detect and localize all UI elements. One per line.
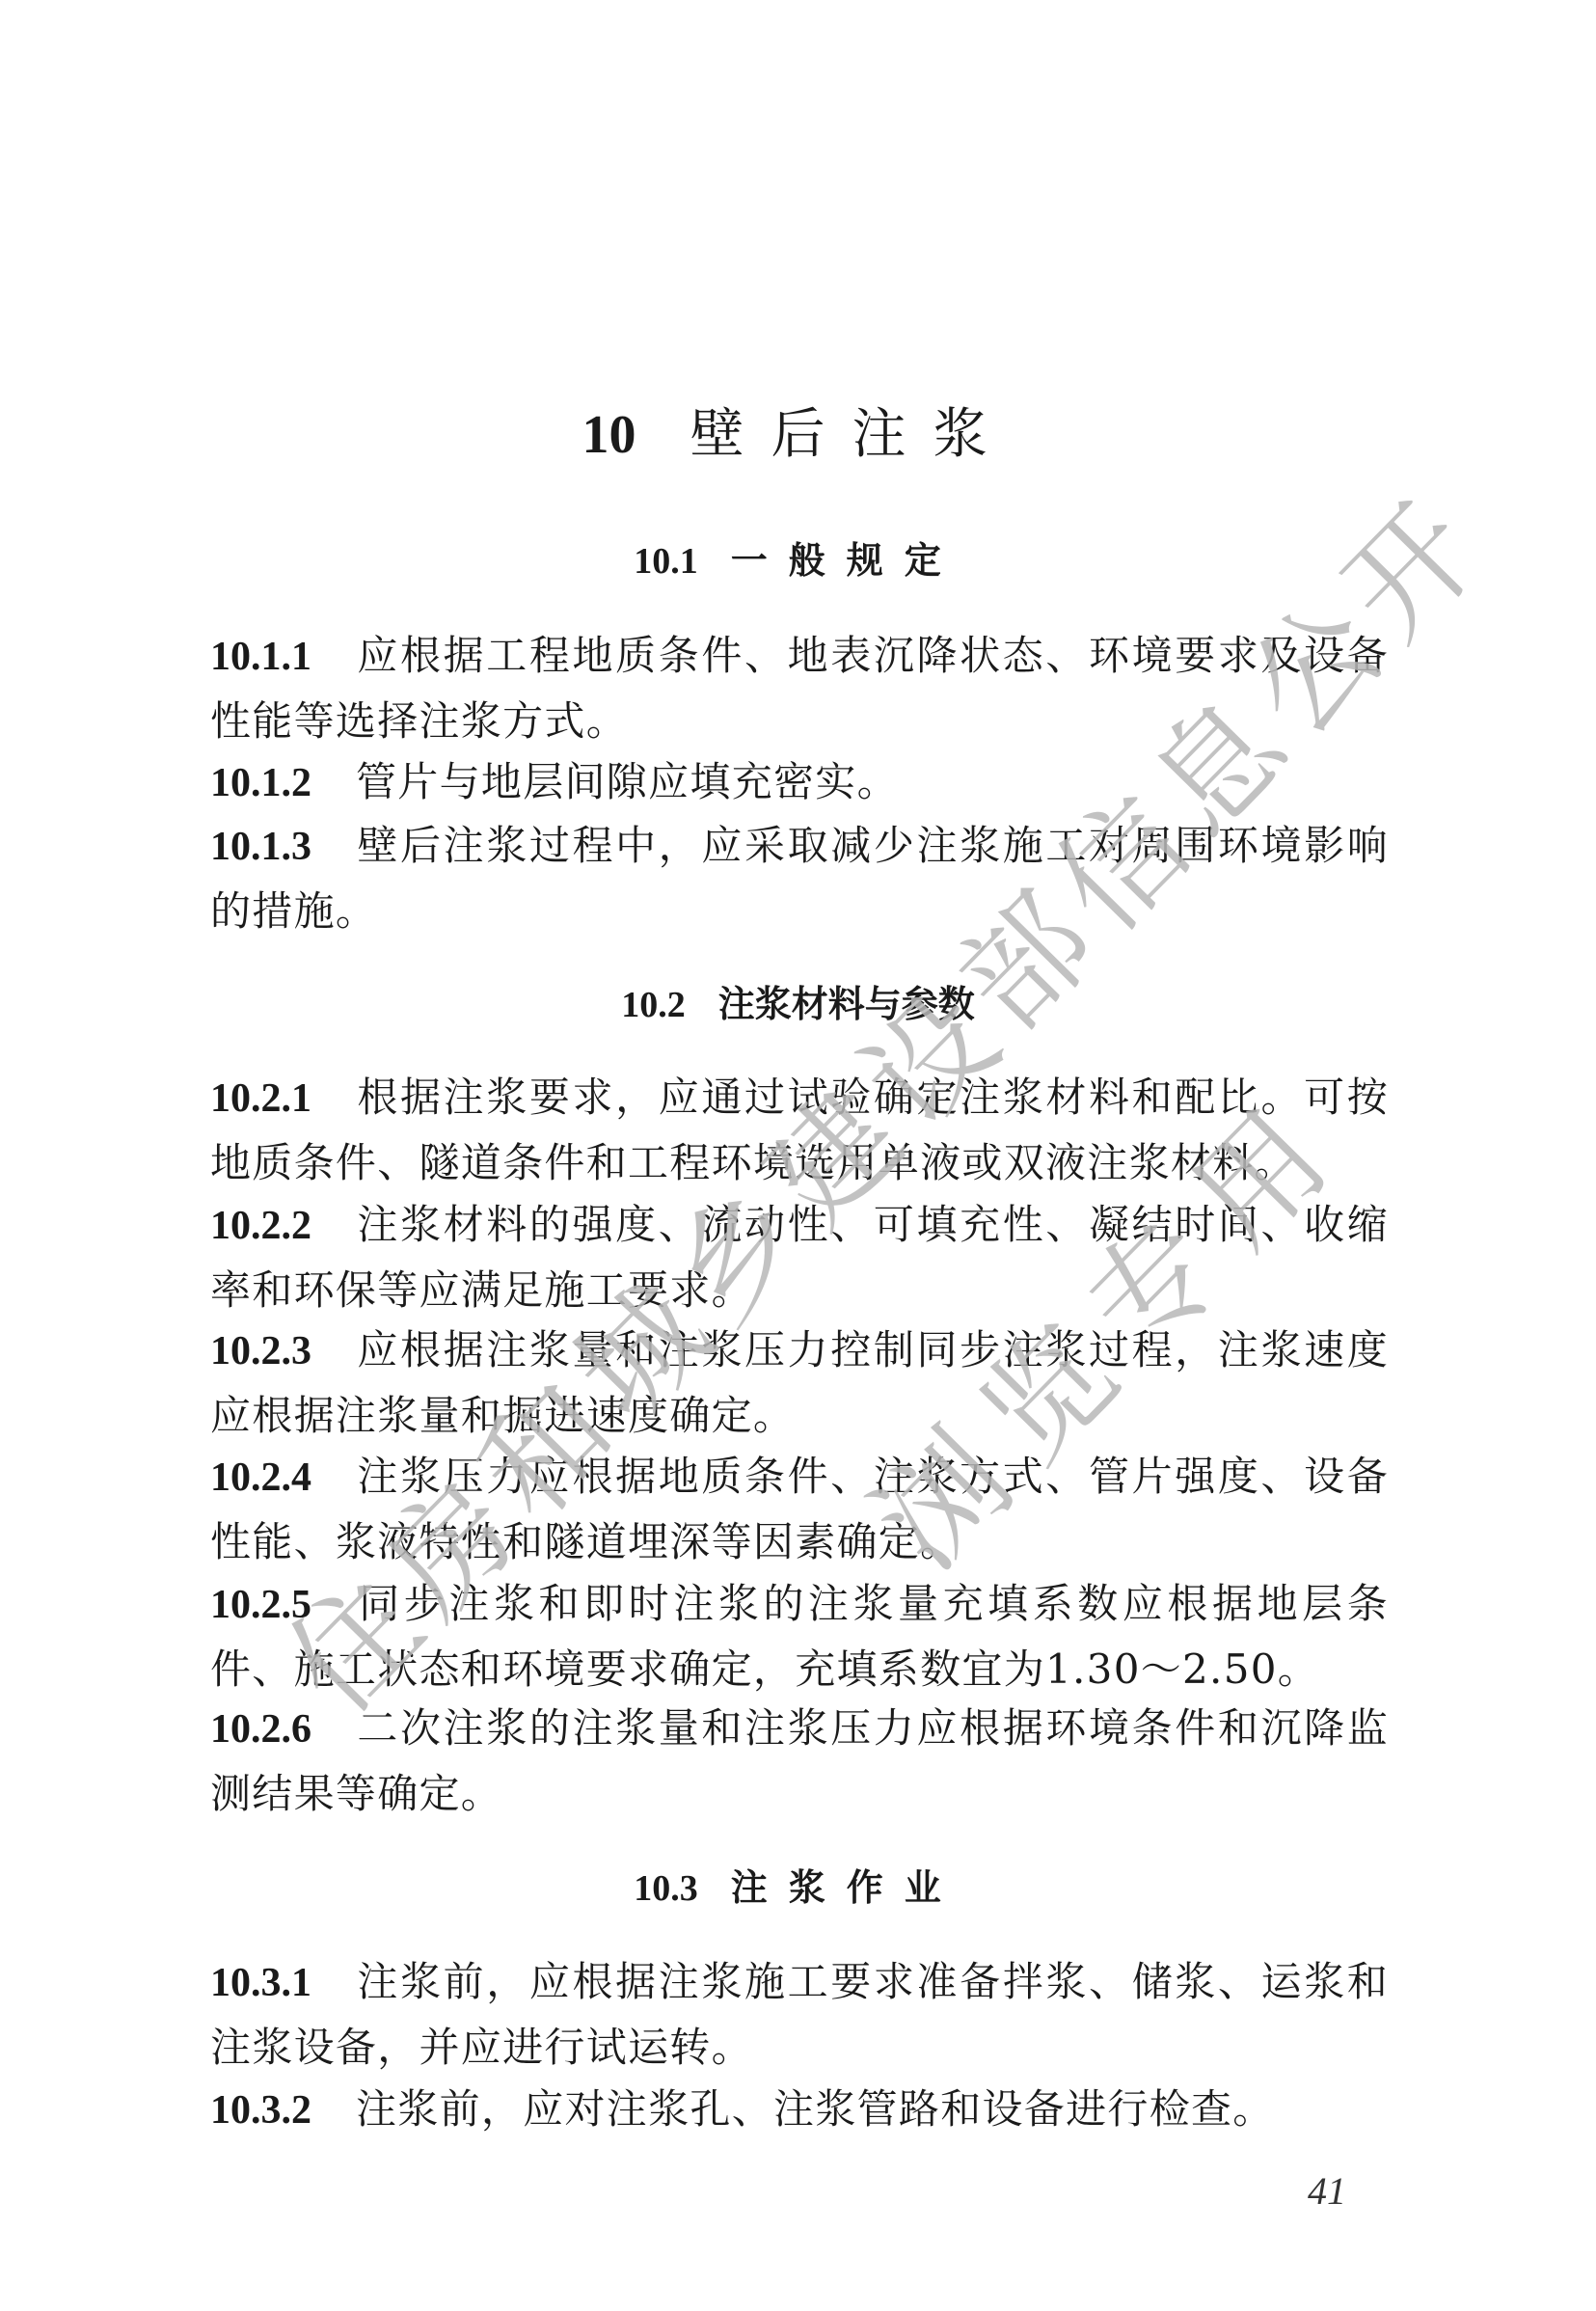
- clause-text: 壁后注浆过程中，应采取减少注浆施工对周围环境影响的措施。: [210, 822, 1389, 935]
- clause: 10.3.2注浆前，应对注浆孔、注浆管路和设备进行检查。: [210, 2078, 1389, 2143]
- page-number: 41: [1308, 2168, 1346, 2214]
- clause-text: 同步注浆和即时注浆的注浆量充填系数应根据地层条件、施工状态和环境要求确定，充填系…: [210, 1580, 1389, 1693]
- clause: 10.1.1应根据工程地质条件、地表沉降状态、环境要求及设备性能等选择注浆方式。: [210, 624, 1389, 752]
- clause-number: 10.1.1: [210, 635, 311, 679]
- clause: 10.1.3壁后注浆过程中，应采取减少注浆施工对周围环境影响的措施。: [210, 814, 1389, 942]
- clause-number: 10.2.6: [210, 1707, 311, 1752]
- chapter-title: 10壁后注浆: [0, 403, 1596, 467]
- clause-text: 二次注浆的注浆量和注浆压力应根据环境条件和沉降监测结果等确定。: [210, 1704, 1389, 1817]
- clause: 10.1.2管片与地层间隙应填充密实。: [210, 750, 1389, 816]
- section-title-text: 注浆材料与参数: [718, 983, 975, 1025]
- clause-number: 10.2.1: [210, 1076, 311, 1121]
- section-title-text: 注浆作业: [731, 1866, 962, 1909]
- clause: 10.2.4注浆压力应根据地质条件、注浆方式、管片强度、设备性能、浆液特性和隧道…: [210, 1445, 1389, 1573]
- clause-text: 注浆材料的强度、流动性、可填充性、凝结时间、收缩率和环保等应满足施工要求。: [210, 1201, 1389, 1314]
- section-number: 10.3: [634, 1868, 698, 1909]
- clause-number: 10.2.4: [210, 1455, 311, 1500]
- clause-text: 应根据工程地质条件、地表沉降状态、环境要求及设备性能等选择注浆方式。: [210, 632, 1389, 745]
- clause-number: 10.1.2: [210, 761, 311, 805]
- section-heading: 10.3注浆作业: [0, 1863, 1596, 1913]
- clause-text: 管片与地层间隙应填充密实。: [356, 758, 899, 805]
- section-heading: 10.2注浆材料与参数: [0, 980, 1596, 1029]
- clause-text: 根据注浆要求，应通过试验确定注浆材料和配比。可按地质条件、隧道条件和工程环境选用…: [210, 1074, 1389, 1186]
- clause-number: 10.2.2: [210, 1204, 311, 1248]
- clause-number: 10.3.1: [210, 1961, 311, 2005]
- section-title-text: 一般规定: [731, 539, 962, 582]
- document-page: 10壁后注浆 10.1一般规定 10.1.1应根据工程地质条件、地表沉降状态、环…: [0, 0, 1596, 2311]
- section-heading: 10.1一般规定: [0, 536, 1596, 585]
- clause: 10.2.1根据注浆要求，应通过试验确定注浆材料和配比。可按地质条件、隧道条件和…: [210, 1066, 1389, 1194]
- clause: 10.2.5同步注浆和即时注浆的注浆量充填系数应根据地层条件、施工状态和环境要求…: [210, 1572, 1389, 1700]
- clause-text: 注浆压力应根据地质条件、注浆方式、管片强度、设备性能、浆液特性和隧道埋深等因素确…: [210, 1453, 1389, 1565]
- clause-number: 10.2.5: [210, 1583, 311, 1627]
- clause-text: 注浆前，应根据注浆施工要求准备拌浆、储浆、运浆和注浆设备，并应进行试运转。: [210, 1958, 1389, 2071]
- clause-number: 10.2.3: [210, 1329, 311, 1373]
- clause-number: 10.1.3: [210, 825, 311, 869]
- section-number: 10.1: [634, 541, 698, 582]
- clause: 10.2.3应根据注浆量和注浆压力控制同步注浆过程，注浆速度应根据注浆量和掘进速…: [210, 1319, 1389, 1447]
- chapter-title-text: 壁后注浆: [690, 403, 1014, 466]
- clause-number: 10.3.2: [210, 2088, 311, 2133]
- clause: 10.3.1注浆前，应根据注浆施工要求准备拌浆、储浆、运浆和注浆设备，并应进行试…: [210, 1950, 1389, 2079]
- clause: 10.2.6二次注浆的注浆量和注浆压力应根据环境条件和沉降监测结果等确定。: [210, 1697, 1389, 1825]
- clause: 10.2.2注浆材料的强度、流动性、可填充性、凝结时间、收缩率和环保等应满足施工…: [210, 1193, 1389, 1321]
- clause-text: 注浆前，应对注浆孔、注浆管路和设备进行检查。: [356, 2085, 1275, 2133]
- clause-text: 应根据注浆量和注浆压力控制同步注浆过程，注浆速度应根据注浆量和掘进速度确定。: [210, 1326, 1389, 1439]
- chapter-number: 10: [582, 405, 636, 465]
- section-number: 10.2: [621, 985, 686, 1025]
